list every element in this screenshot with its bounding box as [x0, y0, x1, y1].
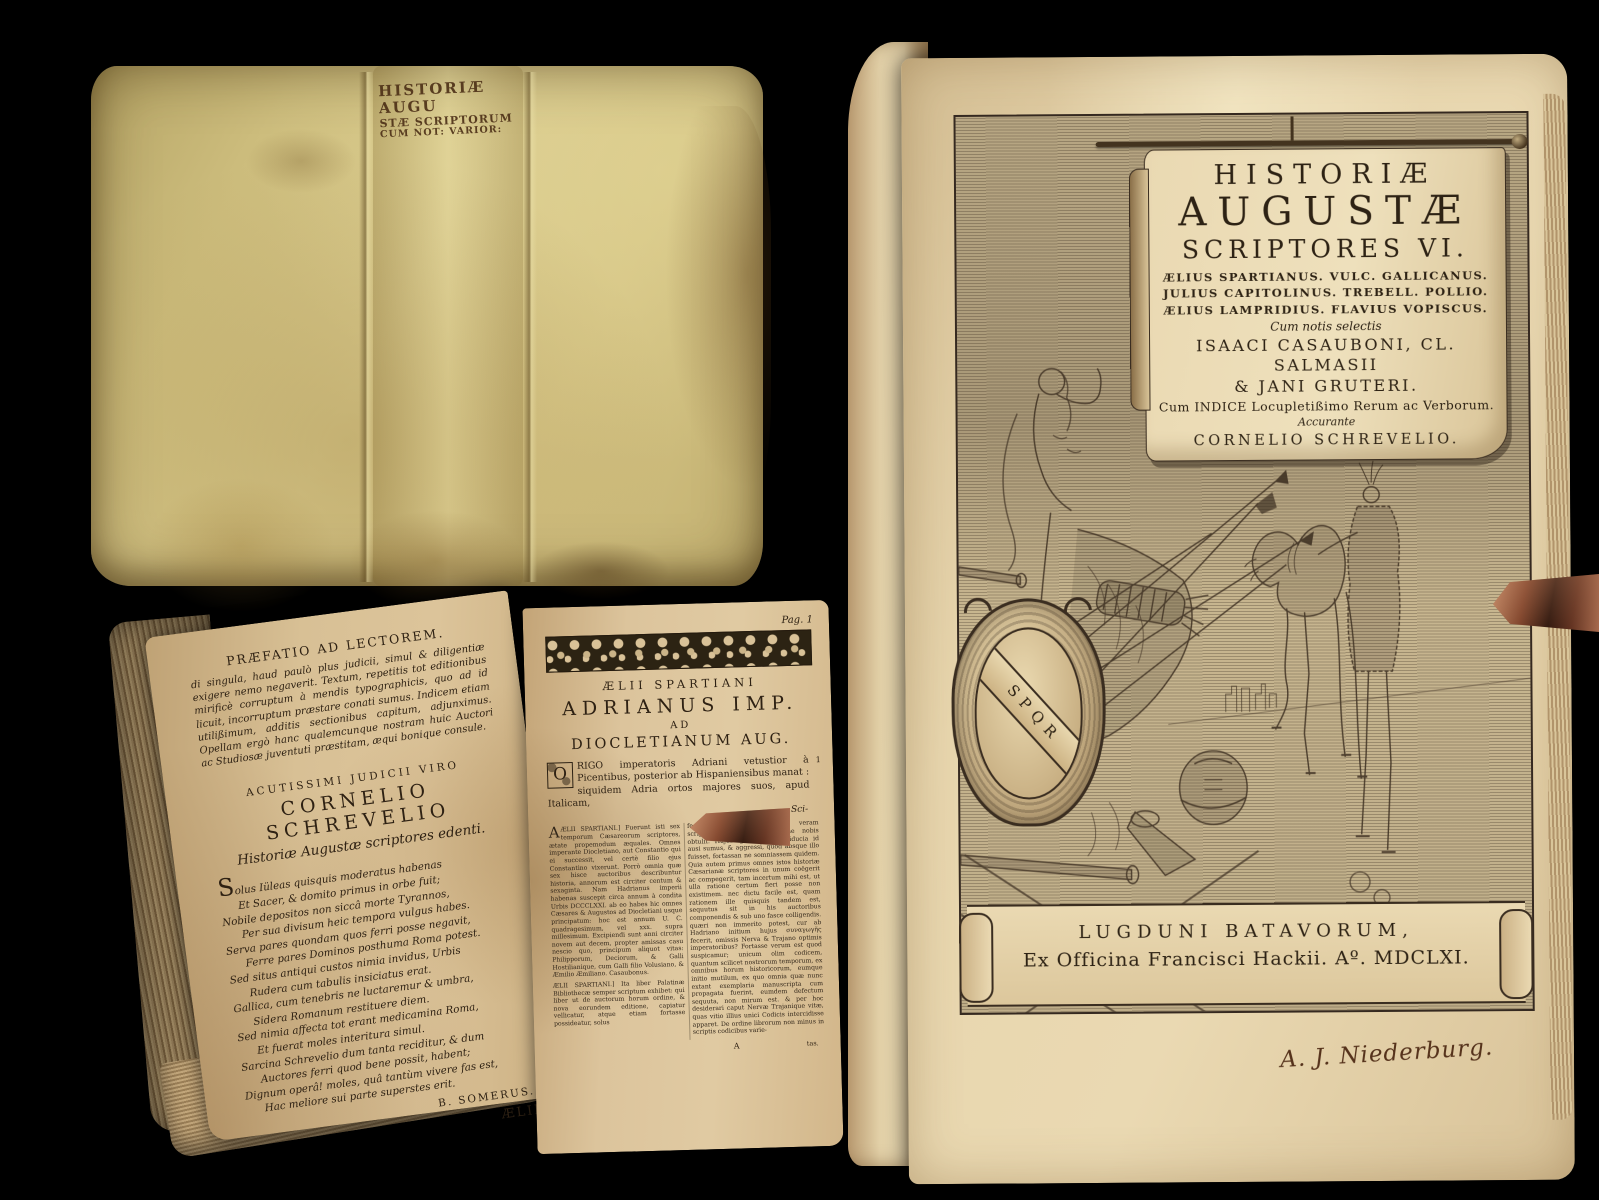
woodcut-initial-O: O: [547, 762, 574, 789]
rod-finial-knob: [1512, 134, 1528, 149]
open-book-spread-photo: PRÆFATIO AD LECTOREM. di singula, haud p…: [128, 592, 790, 1164]
spqr-shield-cartouche: SPQR: [951, 598, 1107, 827]
engraved-title-page-photo: HISTORIÆ AUGUSTÆ SCRIPTORES VI. ÆLIUS SP…: [845, 30, 1599, 1196]
intro-text: RIGO imperatoris Adriani vetustior à Pic…: [548, 754, 810, 809]
handwritten-owner-signature: A. J. Niederburg.: [1280, 1030, 1561, 1073]
index-line: Cum INDICE Locupletißimo Rerum ac Verbor…: [1146, 396, 1506, 417]
preface-page: PRÆFATIO AD LECTOREM. di singula, haud p…: [144, 590, 573, 1141]
title-banner-scroll: HISTORIÆ AUGUSTÆ SCRIPTORES VI. ÆLIUS SP…: [1144, 147, 1508, 462]
distant-city-skyline: [1226, 684, 1277, 712]
commentary-column-left: AÆLII SPARTIANI.] Fuerunt isti sex tempo…: [549, 823, 687, 1043]
imprint-publisher-year: Ex Officina Francisci Hackii. Aº. MDCLXI…: [967, 946, 1525, 972]
authors-line: ÆLIUS LAMPRIDIUS. FLAVIUS VOPISCUS.: [1146, 300, 1506, 319]
editors-line: & JANI GRUTERI.: [1146, 375, 1506, 398]
vellum-binding-photo: HISTORIÆ AUGU STÆ SCRIPTORUM CUM NOT: VA…: [85, 48, 770, 596]
scroll-curl: [1129, 169, 1151, 411]
commentary-column-right: fecit. Infinitis enim locis veram script…: [687, 820, 825, 1040]
woodcut-headpiece-ornament: [545, 629, 812, 672]
banner-hanger: [1291, 117, 1294, 141]
editor-name-line: CORNELIO SCHREVELIO.: [1147, 429, 1507, 452]
spine-joint-left: [359, 72, 373, 582]
spine-joint-right: [523, 72, 537, 582]
title-line-2: AUGUSTÆ: [1145, 189, 1505, 235]
vellum-cover: HISTORIÆ AUGU STÆ SCRIPTORUM CUM NOT: VA…: [91, 66, 763, 586]
chapter-title: ADRIANUS IMP.: [545, 691, 816, 721]
commentary-initial-A: A: [549, 827, 561, 840]
fur-clad-rider: [1317, 461, 1401, 853]
spine-handwritten-title: HISTORIÆ AUGU STÆ SCRIPTORUM CUM NOT: VA…: [378, 77, 530, 142]
text-first-page: Pag. 1 ÆLII SPARTIANI ADRIANUS IMP. AD D…: [522, 600, 843, 1154]
editors-line: ISAACI CASAUBONI, CL. SALMASII: [1146, 334, 1506, 378]
commentary-text: fecit. Infinitis enim locis veram script…: [687, 820, 824, 1037]
signature-mark: A: [555, 1041, 740, 1055]
commentary-text: ÆLII SPARTIANI.] Fuerunt isti sex tempor…: [549, 823, 684, 978]
cartouche-scroll-end: [1499, 909, 1534, 999]
catchword: tas.: [739, 1039, 824, 1050]
vellum-stain: [651, 106, 771, 526]
imprint-cartouche: LUGDUNI BATAVORUM, Ex Officina Francisci…: [967, 901, 1526, 1007]
engraved-frontispiece-plate: HISTORIÆ AUGUSTÆ SCRIPTORES VI. ÆLIUS SP…: [953, 111, 1534, 1015]
commentary-text: ÆLII SPARTIANI.] Ita liber Palatinæ Bibl…: [553, 979, 686, 1028]
margin-note-number: 1: [816, 755, 821, 766]
title-page-leaf: HISTORIÆ AUGUSTÆ SCRIPTORES VI. ÆLIUS SP…: [901, 54, 1575, 1185]
trumpet: [959, 566, 1027, 587]
imprint-place: LUGDUNI BATAVORUM,: [967, 919, 1525, 944]
shield-field: SPQR: [974, 627, 1083, 800]
fallen-helmet: [1179, 751, 1247, 825]
spine-panel: HISTORIÆ AUGU STÆ SCRIPTORUM CUM NOT: VA…: [373, 66, 523, 586]
photo-collage-antique-book: { "binding": { "spine_title": ["HISTORIÆ…: [0, 0, 1599, 1200]
title-line-1: HISTORIÆ: [1145, 158, 1505, 192]
cartouche-scroll-end: [959, 913, 994, 1003]
shield-band: SPQR: [974, 648, 1083, 782]
commentary-columns: AÆLII SPARTIANI.] Fuerunt isti sex tempo…: [549, 820, 825, 1044]
dedicatory-poem: Solus Iüleas quisquis moderatus habenas …: [217, 841, 542, 1118]
fallen-cone: [1127, 811, 1195, 876]
chapter-intro: ORIGO imperatoris Adriani vetustior à Pi…: [547, 754, 818, 811]
title-line-3: SCRIPTORES VI.: [1145, 233, 1505, 266]
chapter-dedicatee: DIOCLETIANUM AUG.: [546, 730, 816, 754]
vellum-stain: [241, 126, 361, 196]
